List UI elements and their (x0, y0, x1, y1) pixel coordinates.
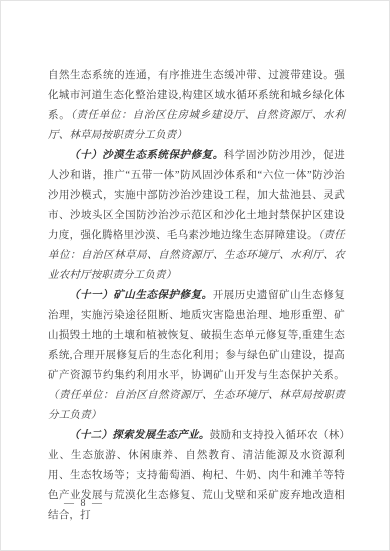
text-run: （责任单位：自治区自然资源厅、生态环境厅、林草局按职责分工负责） (48, 390, 345, 421)
document-page: 自然生态系统的连通，有序推进生态缓冲带、过渡带建设。强化城市河道生态化整治建设,… (0, 0, 390, 551)
text-run: 科学固沙防沙用沙，促进人沙和谐，推广“五带一体”防风固沙体系和“六位一体”防沙治… (48, 150, 345, 241)
text-run: （十一）矿山生态保护修复。 (69, 290, 213, 301)
paragraph: （十）沙漠生态系统保护修复。科学固沙防沙用沙，促进人沙和谐，推广“五带一体”防风… (48, 146, 345, 286)
paragraph: 自然生态系统的连通，有序推进生态缓冲带、过渡带建设。强化城市河道生态化整治建设,… (48, 66, 345, 146)
text-run: （责任单位：自治区住房城乡建设厅、自然资源厅、水利厅、林草局按职责分工负责） (48, 110, 345, 141)
page-number: — 8 — (64, 496, 104, 512)
text-run: （十二）探索发展生态产业。 (69, 430, 210, 441)
paragraph: （十一）矿山生态保护修复。开展历史遗留矿山生态修复治理，实施污染途径阻断、地质灾… (48, 286, 345, 426)
text-run: 开展历史遗留矿山生态修复治理，实施污染途径阻断、地质灾害隐患治理、地形重塑、矿山… (48, 290, 345, 381)
document-text-block: 自然生态系统的连通，有序推进生态缓冲带、过渡带建设。强化城市河道生态化整治建设,… (48, 66, 345, 526)
text-run: （十）沙漠生态系统保护修复。 (69, 150, 224, 161)
